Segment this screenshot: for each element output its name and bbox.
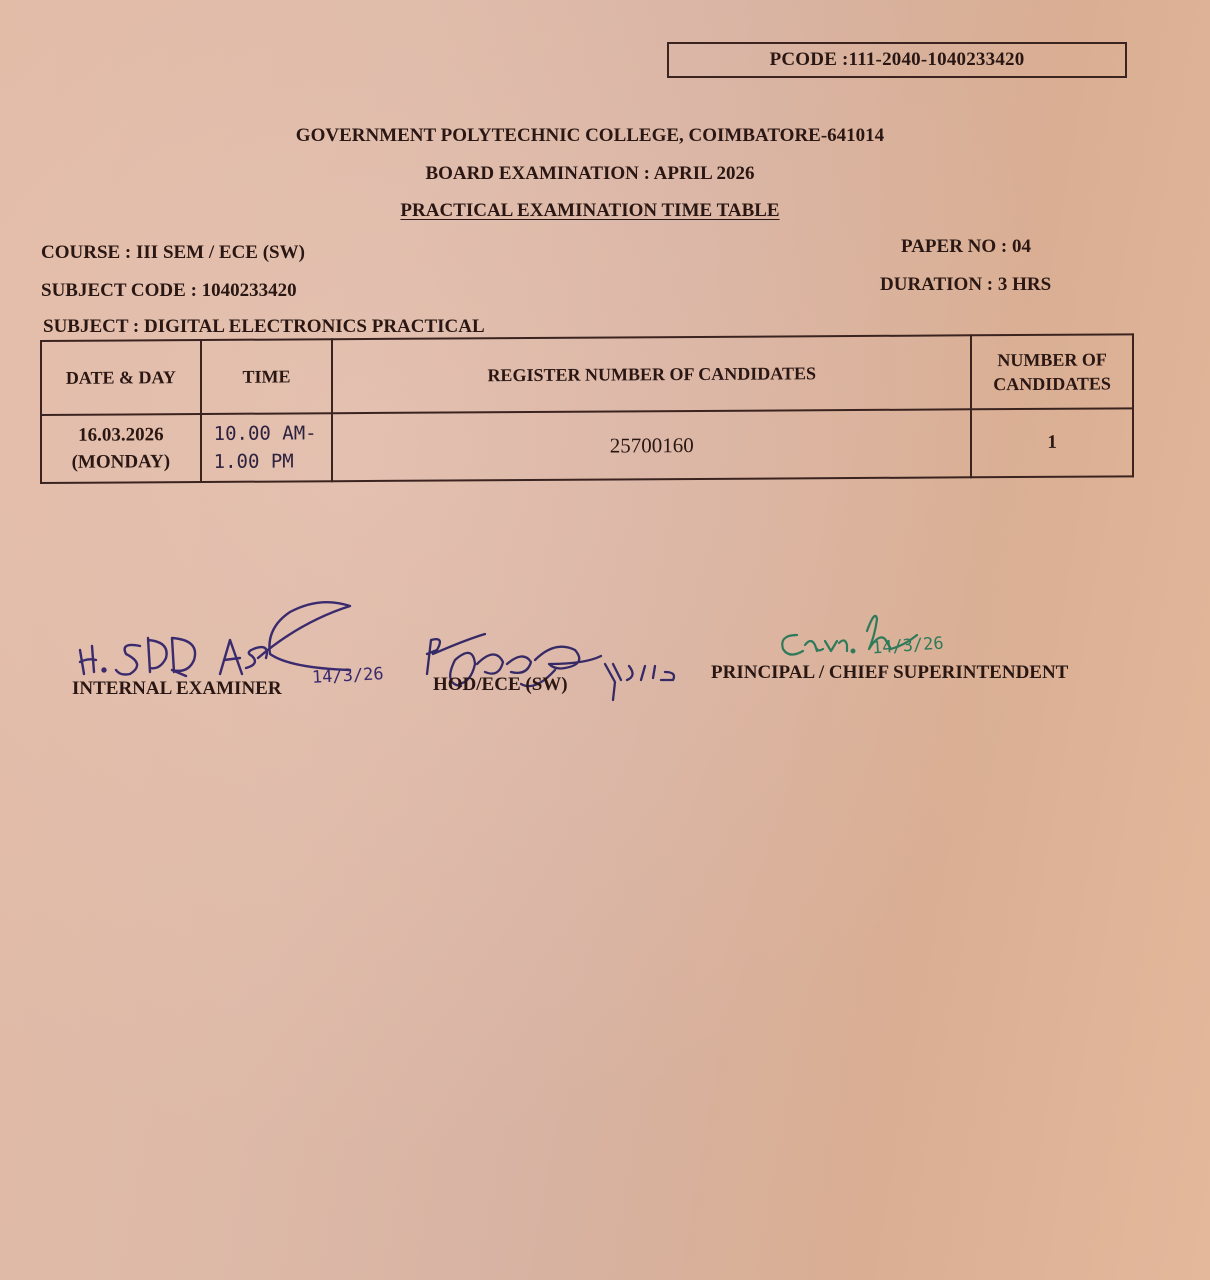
subject-code: SUBJECT CODE : 1040233420 xyxy=(41,280,297,302)
timetable: DATE & DAY TIME REGISTER NUMBER OF CANDI… xyxy=(40,333,1134,484)
table-row: 16.03.2026 (MONDAY) 10.00 AM- 1.00 PM 25… xyxy=(41,408,1133,483)
pcode-text: PCODE :111-2040-1040233420 xyxy=(770,49,1025,71)
table-header-row: DATE & DAY TIME REGISTER NUMBER OF CANDI… xyxy=(41,334,1133,415)
internal-examiner-label: INTERNAL EXAMINER xyxy=(72,678,282,700)
principal-label: PRINCIPAL / CHIEF SUPERINTENDENT xyxy=(711,662,1068,684)
candidate-count-cell: 1 xyxy=(971,408,1133,477)
date-cell: 16.03.2026 (MONDAY) xyxy=(41,414,201,483)
hod-label: HOD/ECE (SW) xyxy=(433,674,568,696)
exam-date: 16.03.2026 xyxy=(42,421,200,449)
document-title: PRACTICAL EXAMINATION TIME TABLE xyxy=(0,200,1180,222)
header-register-numbers: REGISTER NUMBER OF CANDIDATES xyxy=(332,335,971,413)
header-date-day: DATE & DAY xyxy=(41,340,201,415)
register-numbers-cell: 25700160 xyxy=(332,409,971,481)
time-end: 1.00 PM xyxy=(214,447,332,476)
header-candidate-count: NUMBER OF CANDIDATES xyxy=(971,334,1133,409)
institution-name: GOVERNMENT POLYTECHNIC COLLEGE, COIMBATO… xyxy=(0,125,1180,147)
header-candidate-count-text: NUMBER OF CANDIDATES xyxy=(987,347,1117,396)
exam-title: BOARD EXAMINATION : APRIL 2026 xyxy=(0,163,1180,185)
time-start: 10.00 AM- xyxy=(214,419,332,448)
pcode-box: PCODE :111-2040-1040233420 xyxy=(667,42,1127,78)
time-cell: 10.00 AM- 1.00 PM xyxy=(201,413,333,482)
exam-day: (MONDAY) xyxy=(42,448,200,476)
subject-name: SUBJECT : DIGITAL ELECTRONICS PRACTICAL xyxy=(43,316,485,338)
course-info: COURSE : III SEM / ECE (SW) xyxy=(41,242,305,264)
internal-examiner-date: 14/3/26 xyxy=(312,664,385,688)
duration: DURATION : 3 HRS xyxy=(880,274,1051,296)
header-time: TIME xyxy=(201,339,333,414)
paper-number: PAPER NO : 04 xyxy=(901,236,1031,258)
